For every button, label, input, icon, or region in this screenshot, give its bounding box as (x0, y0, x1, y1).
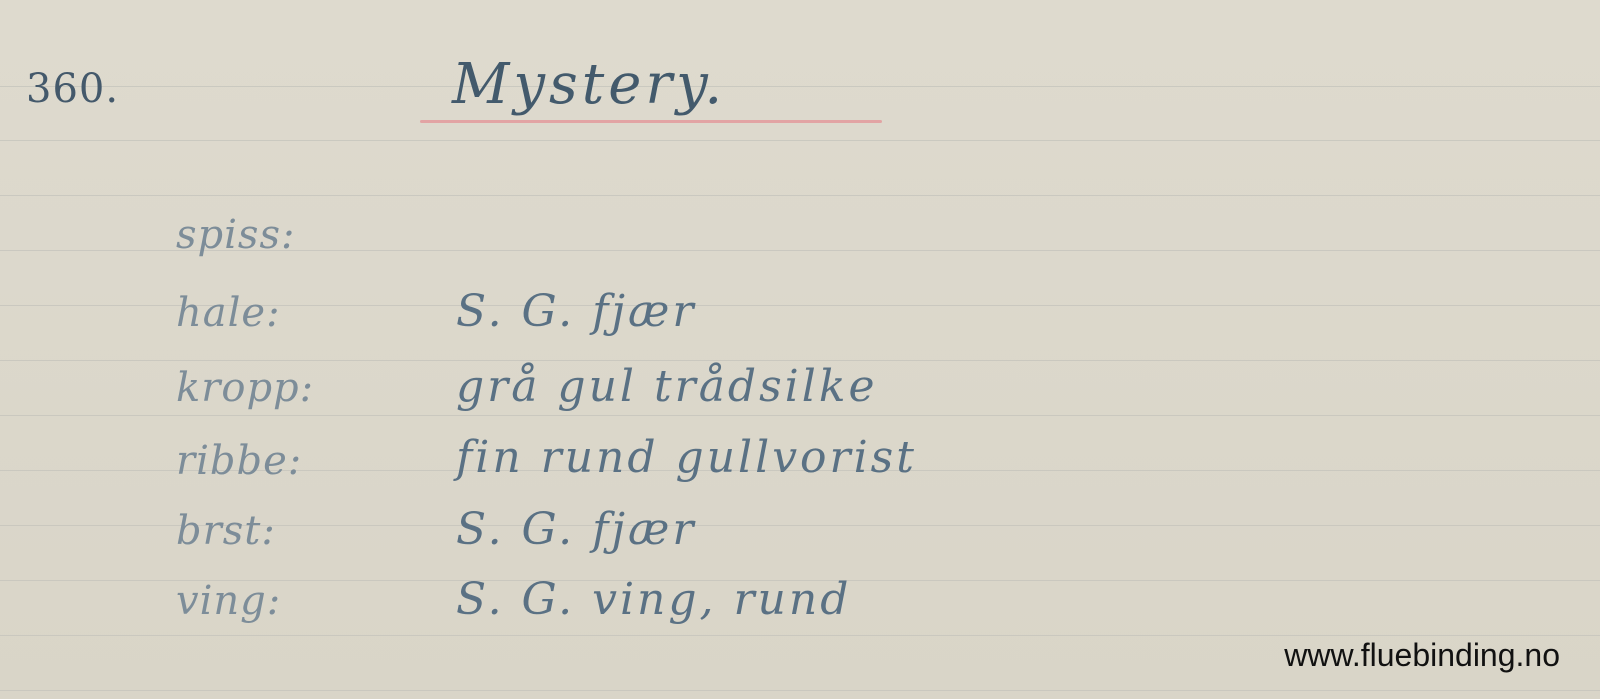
ruled-line (0, 195, 1600, 196)
field-label-brst: brst: (176, 508, 276, 554)
field-value-ving: S. G. ving, rund (456, 574, 851, 625)
watermark-url: www.fluebinding.no (1284, 637, 1560, 674)
ruled-line (0, 635, 1600, 636)
entry-number: 360. (26, 66, 119, 112)
field-value-kropp: grå gul trådsilke (456, 361, 878, 412)
notebook-page: 360. Mystery. spiss: hale: S. G. fjær kr… (0, 0, 1600, 699)
page-title: Mystery. (452, 52, 726, 117)
field-value-hale: S. G. fjær (456, 286, 696, 337)
field-label-kropp: kropp: (176, 365, 314, 411)
title-underline (420, 120, 882, 123)
ruled-line (0, 690, 1600, 691)
field-value-ribbe: fin rund gullvorist (456, 432, 917, 483)
field-label-hale: hale: (176, 290, 281, 336)
ruled-line (0, 140, 1600, 141)
ruled-line (0, 415, 1600, 416)
ruled-line (0, 86, 1600, 87)
field-label-spiss: spiss: (176, 212, 295, 258)
field-label-ving: ving: (176, 578, 281, 624)
field-label-ribbe: ribbe: (176, 438, 302, 484)
field-value-brst: S. G. fjær (456, 504, 696, 555)
